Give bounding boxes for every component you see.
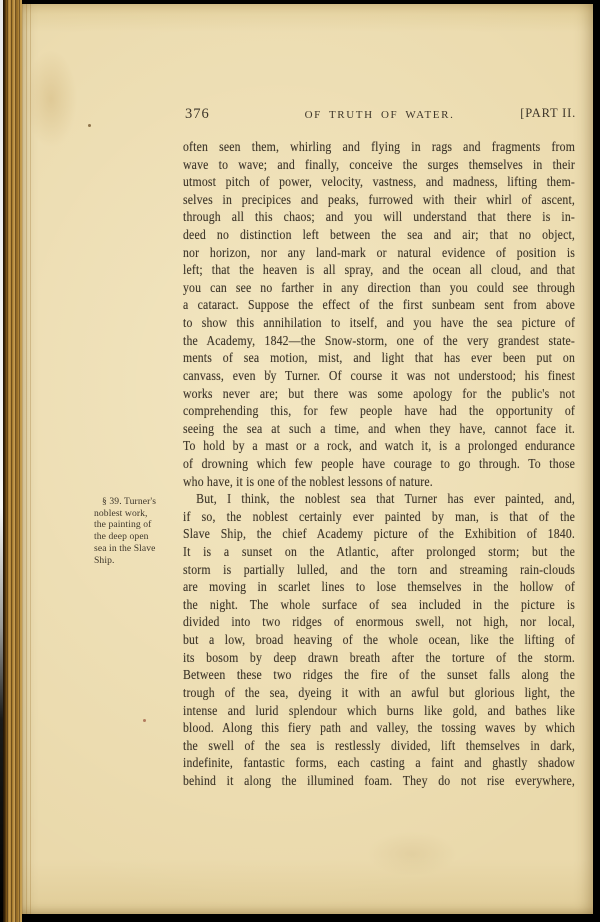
margin-note-line: noblest work, bbox=[94, 508, 184, 520]
margin-note-line: § 39. Turner's bbox=[94, 496, 184, 508]
text-line: through all this chaos; and you will und… bbox=[183, 208, 575, 226]
book-page: 376 OF TRUTH OF WATER. [PART II. § 39. T… bbox=[22, 4, 593, 914]
text-line: often seen them, whirling and flying in … bbox=[183, 138, 575, 156]
paragraph-1: often seen them, whirling and flying in … bbox=[183, 138, 575, 490]
text-line: ments of sea motion, mist, and light tha… bbox=[183, 349, 575, 367]
text-line: canvass, even by Turner. Of course it wa… bbox=[183, 367, 575, 385]
part-label: [PART II. bbox=[520, 106, 576, 121]
text-line: blood. Along this fiery path and valley,… bbox=[183, 719, 575, 737]
text-line: storm is partially lulled, and the torn … bbox=[183, 561, 575, 579]
margin-note-section-39: § 39. Turner's noblest work, the paintin… bbox=[94, 496, 184, 566]
text-line: It is a sunset on the Atlantic, after pr… bbox=[183, 543, 575, 561]
text-line: a cataract. Suppose the effect of the fi… bbox=[183, 296, 575, 314]
text-line: trough of the sea, dyeing it with an awf… bbox=[183, 684, 575, 702]
paper-speck bbox=[143, 719, 146, 722]
running-header: 376 OF TRUTH OF WATER. [PART II. bbox=[183, 106, 576, 124]
book-binding-edge bbox=[3, 0, 22, 922]
text-line: comprehending this, for few people have … bbox=[183, 402, 575, 420]
text-line: are moving in scarlet lines to lose them… bbox=[183, 578, 575, 596]
text-line: the night. The whole surface of sea incl… bbox=[183, 596, 575, 614]
paper-speck bbox=[88, 124, 91, 127]
text-line: of drowning which few people have courag… bbox=[183, 455, 575, 473]
scanned-book-page: 376 OF TRUTH OF WATER. [PART II. § 39. T… bbox=[0, 0, 600, 922]
text-line: divided into two ridges of enormous swel… bbox=[183, 613, 575, 631]
text-line: but a low, broad heaving of the whole oc… bbox=[183, 631, 575, 649]
text-line: Between these two ridges the fire of the… bbox=[183, 666, 575, 684]
text-line: if so, the noblest certainly ever painte… bbox=[183, 508, 575, 526]
text-line: the Academy, 1842—the Snow-storm, one of… bbox=[183, 332, 575, 350]
text-line: who have, it is one of the noblest lesso… bbox=[183, 473, 575, 491]
margin-note-line: the deep open bbox=[94, 531, 184, 543]
margin-note-line: sea in the Slave bbox=[94, 543, 184, 555]
running-title: OF TRUTH OF WATER. bbox=[183, 109, 576, 121]
paper-stain bbox=[16, 34, 86, 164]
text-line: To hold by a mast or a rock, and watch i… bbox=[183, 437, 575, 455]
body-text: often seen them, whirling and flying in … bbox=[183, 138, 575, 790]
text-line: selves in precipices and peaks, furrowed… bbox=[183, 191, 575, 209]
text-line: you can see no farther in any direction … bbox=[183, 279, 575, 297]
text-line: left; that the heaven is all spray, and … bbox=[183, 261, 575, 279]
text-line: the swell of the sea is restlessly divid… bbox=[183, 737, 575, 755]
text-line: its bosom by deep drawn breath after the… bbox=[183, 649, 575, 667]
text-line: to show this annihilation to itself, and… bbox=[183, 314, 575, 332]
text-line: seeing the sea at such a time, and when … bbox=[183, 420, 575, 438]
margin-note-line: Ship. bbox=[94, 555, 184, 567]
paragraph-2: But, I think, the noblest sea that Turne… bbox=[183, 490, 575, 789]
text-line: Slave Ship, the chief Academy picture of… bbox=[183, 525, 575, 543]
paper-stain bbox=[352, 824, 472, 884]
text-line: nor horizon, nor any land-mark or natura… bbox=[183, 244, 575, 262]
text-line: works never are; but there was some apol… bbox=[183, 385, 575, 403]
text-line: deed no distinction left between the sea… bbox=[183, 226, 575, 244]
text-line: behind it along the illumined foam. They… bbox=[183, 772, 575, 790]
margin-note-line: the painting of bbox=[94, 519, 184, 531]
text-line: utmost pitch of power, velocity, vastnes… bbox=[183, 173, 575, 191]
text-line: But, I think, the noblest sea that Turne… bbox=[183, 490, 575, 508]
text-line: wave to wave; and finally, conceive the … bbox=[183, 156, 575, 174]
text-line: indefinite, fantastic forms, each castin… bbox=[183, 754, 575, 772]
text-line: intense and lurid splendour which burns … bbox=[183, 702, 575, 720]
